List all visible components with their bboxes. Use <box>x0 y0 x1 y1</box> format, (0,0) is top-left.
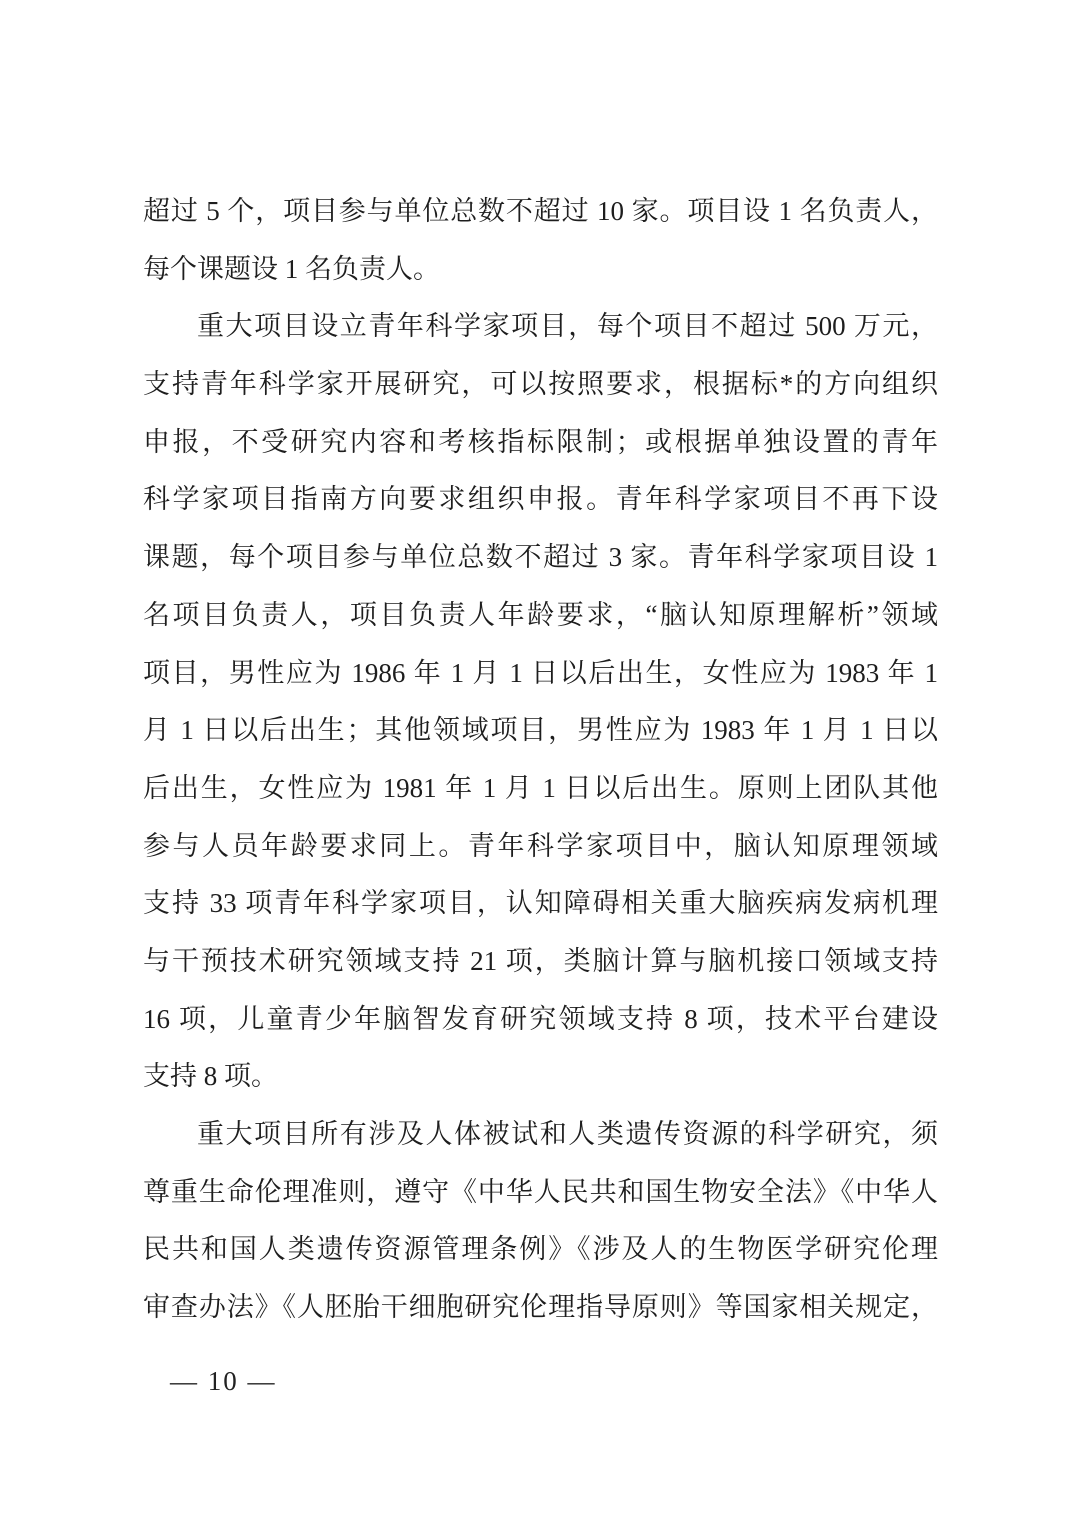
text-line: 支持 8 项。 <box>143 1048 938 1106</box>
document-body: 超过 5 个，项目参与单位总数不超过 10 家。项目设 1 名负责人，每个课题设… <box>143 183 938 1337</box>
text-line: 民共和国人类遗传资源管理条例》《涉及人的生物医学研究伦理 <box>143 1221 938 1279</box>
text-line: 申报，不受研究内容和考核指标限制；或根据单独设置的青年 <box>143 414 938 472</box>
text-line: 每个课题设 1 名负责人。 <box>143 241 938 299</box>
text-line: 科学家项目指南方向要求组织申报。青年科学家项目不再下设 <box>143 471 938 529</box>
text-line: 月 1 日以后出生；其他领域项目，男性应为 1983 年 1 月 1 日以 <box>143 702 938 760</box>
text-line: 重大项目设立青年科学家项目，每个项目不超过 500 万元， <box>143 298 938 356</box>
text-line: 名项目负责人，项目负责人年龄要求，“脑认知原理解析”领域 <box>143 587 938 645</box>
text-line: 参与人员年龄要求同上。青年科学家项目中，脑认知原理领域 <box>143 818 938 876</box>
text-line: 项目，男性应为 1986 年 1 月 1 日以后出生，女性应为 1983 年 1 <box>143 645 938 703</box>
text-line: 与干预技术研究领域支持 21 项，类脑计算与脑机接口领域支持 <box>143 933 938 991</box>
text-line: 后出生，女性应为 1981 年 1 月 1 日以后出生。原则上团队其他 <box>143 760 938 818</box>
document-page: 超过 5 个，项目参与单位总数不超过 10 家。项目设 1 名负责人，每个课题设… <box>0 0 1080 1527</box>
page-number: — 10 — <box>170 1361 277 1401</box>
text-line: 审查办法》《人胚胎干细胞研究伦理指导原则》等国家相关规定， <box>143 1279 938 1337</box>
text-line: 课题，每个项目参与单位总数不超过 3 家。青年科学家项目设 1 <box>143 529 938 587</box>
text-line: 重大项目所有涉及人体被试和人类遗传资源的科学研究，须 <box>143 1106 938 1164</box>
text-line: 尊重生命伦理准则，遵守《中华人民共和国生物安全法》《中华人 <box>143 1164 938 1222</box>
text-line: 16 项，儿童青少年脑智发育研究领域支持 8 项，技术平台建设 <box>143 991 938 1049</box>
text-line: 超过 5 个，项目参与单位总数不超过 10 家。项目设 1 名负责人， <box>143 183 938 241</box>
text-line: 支持 33 项青年科学家项目，认知障碍相关重大脑疾病发病机理 <box>143 875 938 933</box>
text-line: 支持青年科学家开展研究，可以按照要求，根据标*的方向组织 <box>143 356 938 414</box>
